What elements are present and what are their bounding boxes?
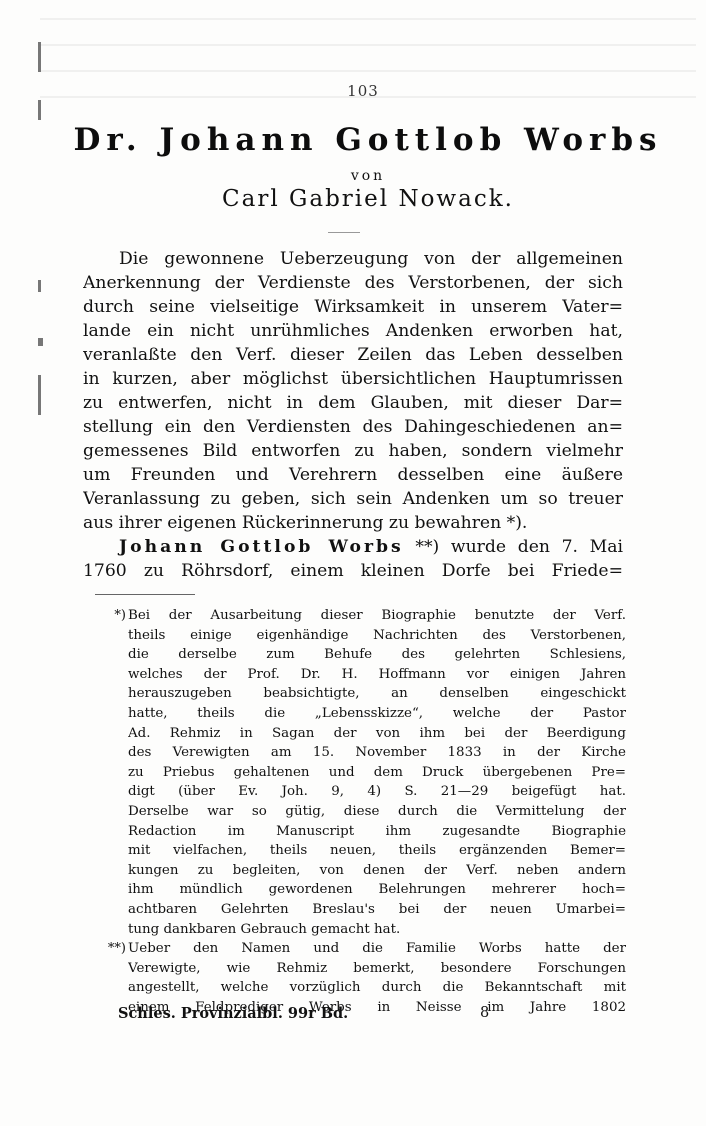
gutter-mark xyxy=(38,338,43,346)
footnote-1: *) Bei der Ausarbeitung dieser Biographi… xyxy=(98,606,626,939)
text-line: durch seine vielseitige Wirksamkeit in u… xyxy=(83,295,623,319)
footnote-line: Bei der Ausarbeitung dieser Biographie b… xyxy=(128,606,626,626)
footnote-line: welches der Prof. Dr. H. Hoffmann vor ei… xyxy=(128,665,626,685)
scan-noise xyxy=(40,44,696,46)
page-number: 103 xyxy=(0,82,706,100)
footnote-line: Redaction im Manuscript ihm zugesandte B… xyxy=(128,822,626,842)
footnote-line: des Verewigten am 15. November 1833 in d… xyxy=(128,743,626,763)
footnote-line: zu Priebus gehaltenen und dem Druck über… xyxy=(128,763,626,783)
footnote-line: Ad. Rehmiz in Sagan der von ihm bei der … xyxy=(128,724,626,744)
footnote-line: ihm mündlich gewordenen Belehrungen mehr… xyxy=(128,880,626,900)
gutter-mark xyxy=(38,100,41,120)
gutter-mark xyxy=(38,42,41,72)
footnote-line: die derselbe zum Behufe des gelehrten Sc… xyxy=(128,645,626,665)
text-line: um Freunden und Verehrern desselben eine… xyxy=(83,463,623,487)
footnote-divider xyxy=(95,594,195,595)
scan-noise xyxy=(40,18,696,20)
signature-mark: 8 xyxy=(480,1005,489,1021)
footnote-marker: *) xyxy=(98,606,126,626)
person-name: Johann Gottlob Worbs xyxy=(119,537,404,557)
article-author: Carl Gabriel Nowack. xyxy=(0,186,706,212)
text-line: gemessenes Bild entworfen zu haben, sond… xyxy=(83,439,623,463)
text-line: veranlaßte den Verf. dieser Zeilen das L… xyxy=(83,343,623,367)
text-line: Veranlassung zu geben, sich sein Andenke… xyxy=(83,487,623,511)
footnotes: *) Bei der Ausarbeitung dieser Biographi… xyxy=(98,606,626,1017)
footnote-line: tung dankbaren Gebrauch gemacht hat. xyxy=(128,920,626,940)
gutter-mark xyxy=(38,375,41,415)
footnote-line: kungen zu begleiten, von denen der Verf.… xyxy=(128,861,626,881)
byline-von: von xyxy=(0,168,706,184)
journal-reference: Schles. Provinzialbl. 99r Bd. xyxy=(118,1005,348,1022)
title-divider xyxy=(328,232,360,233)
footnote-line: mit vielfachen, theils neuen, theils erg… xyxy=(128,841,626,861)
text-line: aus ihrer eigenen Rückerinnerung zu bewa… xyxy=(83,511,623,535)
page-footer: Schles. Provinzialbl. 99r Bd. 8 xyxy=(118,1005,618,1022)
footnote-line: angestellt, welche vorzüglich durch die … xyxy=(128,978,626,998)
text-fragment: **) wurde den 7. Mai xyxy=(415,537,623,557)
text-line: zu entwerfen, nicht in dem Glauben, mit … xyxy=(83,391,623,415)
text-line: Johann Gottlob Worbs **) wurde den 7. Ma… xyxy=(83,535,623,559)
footnote-line: herauszugeben beabsichtigte, an denselbe… xyxy=(128,684,626,704)
scan-noise xyxy=(40,70,696,72)
scanned-page: 103 Dr. Johann Gottlob Worbs von Carl Ga… xyxy=(0,0,706,1126)
footnote-line: theils einige eigenhändige Nachrichten d… xyxy=(128,626,626,646)
body-text: Die gewonnene Ueberzeugung von der allge… xyxy=(83,247,623,583)
text-line: stellung ein den Verdiensten des Dahinge… xyxy=(83,415,623,439)
text-line: lande ein nicht unrühmliches Andenken er… xyxy=(83,319,623,343)
footnote-line: Derselbe war so gütig, diese durch die V… xyxy=(128,802,626,822)
text-line: 1760 zu Röhrsdorf, einem kleinen Dorfe b… xyxy=(83,559,623,583)
footnote-line: Ueber den Namen und die Familie Worbs ha… xyxy=(128,939,626,959)
text-line: Die gewonnene Ueberzeugung von der allge… xyxy=(83,247,623,271)
footnote-line: hatte, theils die „Lebensskizze“, welche… xyxy=(128,704,626,724)
footnote-marker: **) xyxy=(98,939,126,959)
gutter-mark xyxy=(38,280,41,292)
text-line: in kurzen, aber möglichst übersichtliche… xyxy=(83,367,623,391)
article-title: Dr. Johann Gottlob Worbs xyxy=(0,122,706,158)
text-line: Anerkennung der Verdienste des Verstorbe… xyxy=(83,271,623,295)
footnote-line: achtbaren Gelehrten Breslau's bei der ne… xyxy=(128,900,626,920)
footnote-line: digt (über Ev. Joh. 9, 4) S. 21—29 beige… xyxy=(128,782,626,802)
footnote-line: Verewigte, wie Rehmiz bemerkt, besondere… xyxy=(128,959,626,979)
